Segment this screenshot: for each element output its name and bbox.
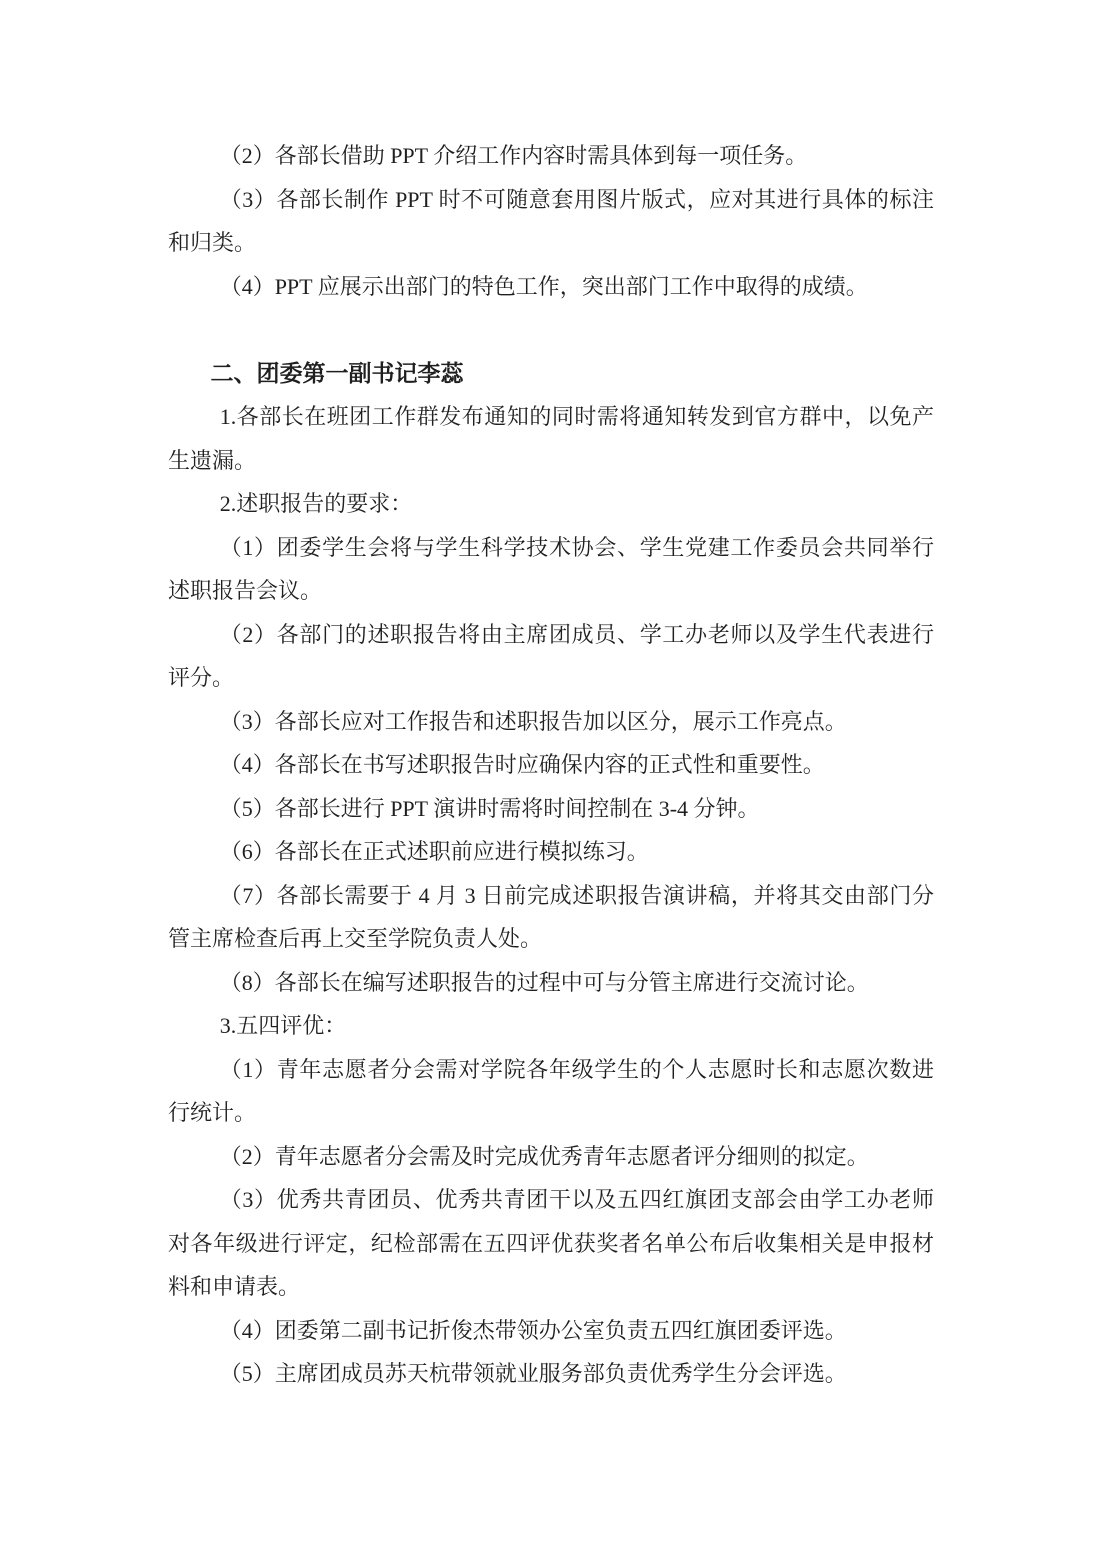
document-paragraph: 1.各部长在班团工作群发布通知的同时需将通知转发到官方群中，以免产生遗漏。 xyxy=(168,395,934,482)
document-page: （2）各部长借助 PPT 介绍工作内容时需具体到每一项任务。（3）各部长制作 P… xyxy=(0,0,1102,1559)
document-paragraph: （1）团委学生会将与学生科学技术协会、学生党建工作委员会共同举行述职报告会议。 xyxy=(168,526,934,613)
document-paragraph: （8）各部长在编写述职报告的过程中可与分管主席进行交流讨论。 xyxy=(168,961,934,1005)
document-paragraph: （2）青年志愿者分会需及时完成优秀青年志愿者评分细则的拟定。 xyxy=(168,1135,934,1179)
document-paragraph: （5）各部长进行 PPT 演讲时需将时间控制在 3-4 分钟。 xyxy=(168,787,934,831)
document-paragraph: （4）PPT 应展示出部门的特色工作，突出部门工作中取得的成绩。 xyxy=(168,265,934,309)
document-body: （2）各部长借助 PPT 介绍工作内容时需具体到每一项任务。（3）各部长制作 P… xyxy=(168,134,934,1396)
document-paragraph: （2）各部门的述职报告将由主席团成员、学工办老师以及学生代表进行评分。 xyxy=(168,613,934,700)
document-paragraph: （4）团委第二副书记折俊杰带领办公室负责五四红旗团委评选。 xyxy=(168,1309,934,1353)
document-paragraph: （7）各部长需要于 4 月 3 日前完成述职报告演讲稿，并将其交由部门分管主席检… xyxy=(168,874,934,961)
document-paragraph: （4）各部长在书写述职报告时应确保内容的正式性和重要性。 xyxy=(168,743,934,787)
document-paragraph: （2）各部长借助 PPT 介绍工作内容时需具体到每一项任务。 xyxy=(168,134,934,178)
document-paragraph: （3）各部长应对工作报告和述职报告加以区分，展示工作亮点。 xyxy=(168,700,934,744)
document-paragraph: （1）青年志愿者分会需对学院各年级学生的个人志愿时长和志愿次数进行统计。 xyxy=(168,1048,934,1135)
blank-line xyxy=(168,308,934,352)
document-paragraph: （6）各部长在正式述职前应进行模拟练习。 xyxy=(168,830,934,874)
section-heading: 二、团委第一副书记李蕊 xyxy=(168,352,934,396)
document-paragraph: （3）优秀共青团员、优秀共青团干以及五四红旗团支部会由学工办老师对各年级进行评定… xyxy=(168,1178,934,1309)
document-paragraph: 2.述职报告的要求： xyxy=(168,482,934,526)
document-paragraph: （5）主席团成员苏天杭带领就业服务部负责优秀学生分会评选。 xyxy=(168,1352,934,1396)
document-paragraph: （3）各部长制作 PPT 时不可随意套用图片版式，应对其进行具体的标注和归类。 xyxy=(168,178,934,265)
document-paragraph: 3.五四评优： xyxy=(168,1004,934,1048)
